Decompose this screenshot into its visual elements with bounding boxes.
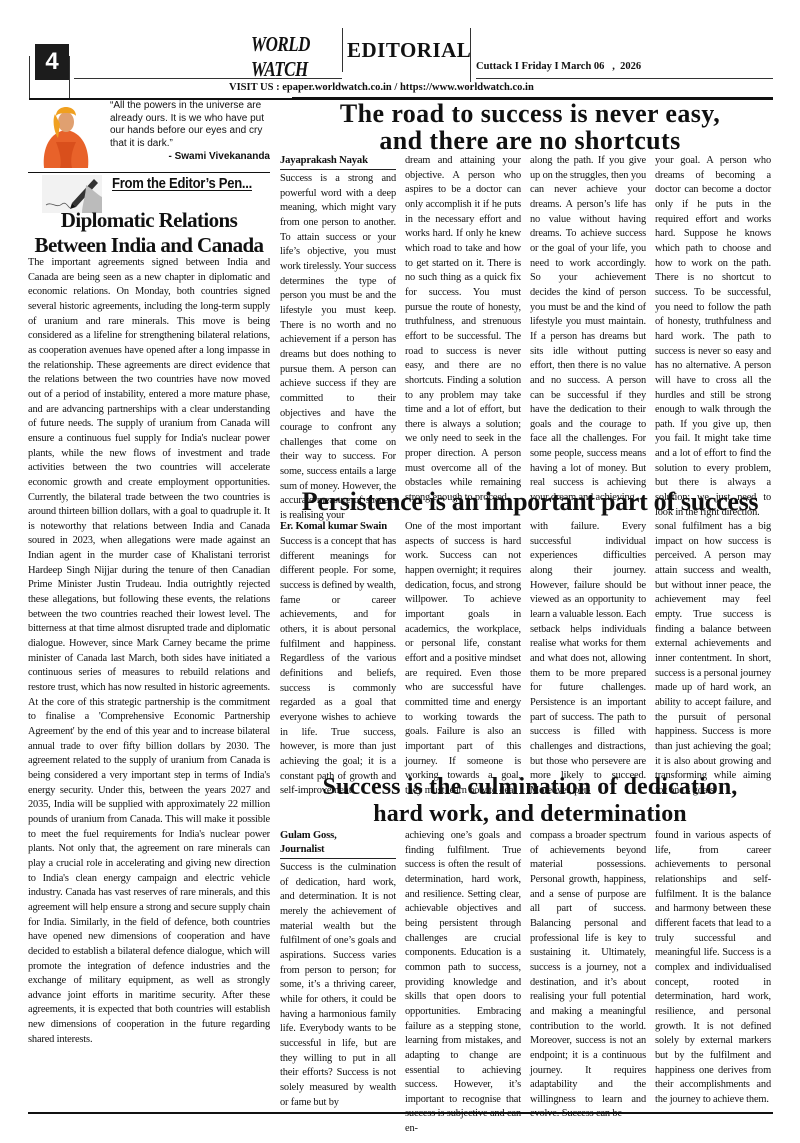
editors-pen-kicker: From the Editor’s Pen... [112,176,254,192]
column-text: Success is a strong and powerful word wi… [280,172,396,524]
editorial-headline: Diplomatic Relations Between India and C… [28,208,270,258]
visit-us-links[interactable]: VISIT US : epaper.worldwatch.co.in / htt… [229,82,534,93]
masthead: 4 WORLD WATCH EDITORIAL Cuttack I Friday… [29,28,773,100]
article-column: One of the most important aspects of suc… [405,520,521,799]
editorial-body: The important agreements signed between … [28,256,270,1047]
article-1-headline: The road to success is never easy, and t… [284,100,776,154]
article-2-headline: Persistence is an important part of succ… [284,487,776,517]
column-text: Success is a concept that has different … [280,535,396,799]
byline-role: Journalist [280,843,396,857]
page-number: 4 [35,44,69,80]
divider [470,28,471,82]
article-column: Jayaprakash Nayak Success is a strong an… [280,154,396,524]
headline-line: Between India and Canada [28,233,270,258]
article-3-headline: Success is the culmination of dedication… [284,774,776,828]
article-column: achieving one’s goals and finding fulfil… [405,829,521,1137]
quote-text: “All the powers in the universe are alre… [110,100,272,150]
masthead-number-border [69,56,70,100]
article-column: Gulam Goss, Journalist Success is the cu… [280,829,396,1137]
dateline: Cuttack I Friday I March 06 , 2026 [476,61,641,72]
article-column: dream and attaining your objective. A pe… [405,154,521,524]
rule [28,1112,280,1114]
rule [74,78,342,79]
byline-name: Gulam Goss, [280,829,396,843]
headline-line: and there are no shortcuts [284,127,776,154]
article-column: sonal fulfilment has a big impact on how… [655,520,771,799]
masthead-left-border [29,56,30,100]
article-column: Er. Komal kumar Swain Success is a conce… [280,520,396,799]
article-byline: Gulam Goss, Journalist [280,829,396,859]
worldwatch-logo: WORLD WATCH [251,38,341,76]
column-text: Success is the culmination of dedication… [280,861,396,1110]
headline-line: The road to success is never easy, [284,100,776,127]
headline-line: Success is the culmination of dedication… [284,774,776,801]
article-column: along the path. If you give up on the st… [530,154,646,524]
rule [476,78,773,79]
article-column: found in various aspects of life, from c… [655,829,771,1137]
article-3-columns: Gulam Goss, Journalist Success is the cu… [280,829,773,1137]
headline-line: hard work, and determination [284,801,776,828]
article-1-columns: Jayaprakash Nayak Success is a strong an… [280,154,773,524]
article-byline: Er. Komal kumar Swain [280,520,396,535]
article-column: with failure. Every successful individua… [530,520,646,799]
quote-author: - Swami Vivekananda [110,151,270,162]
rule [280,1112,773,1114]
article-column: your goal. A person who dreams of becomi… [655,154,771,524]
article-column: compass a broader spectrum of achievemen… [530,829,646,1137]
quote-of-the-day: “All the powers in the universe are alre… [34,100,270,170]
rule [28,172,270,173]
divider [342,28,343,72]
headline-line: Diplomatic Relations [28,208,270,233]
article-byline: Jayaprakash Nayak [280,154,396,170]
section-title: EDITORIAL [347,38,471,63]
swami-vivekananda-portrait-icon [38,102,94,168]
article-2-columns: Er. Komal kumar Swain Success is a conce… [280,520,773,799]
